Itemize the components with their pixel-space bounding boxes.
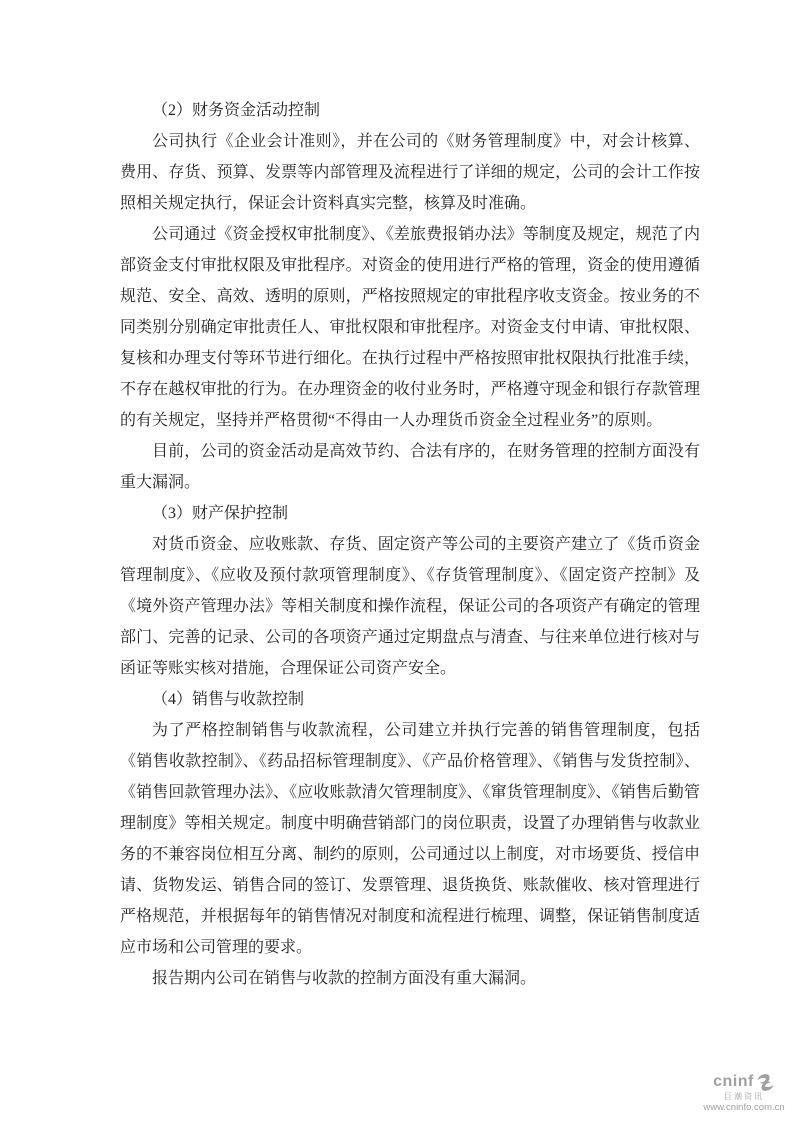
paragraph: 为了严格控制销售与收款流程，公司建立并执行完善的销售管理制度，包括《销售收款控制… bbox=[120, 715, 700, 963]
paragraph: 对货币资金、应收账款、存货、固定资产等公司的主要资产建立了《货币资金管理制度》、… bbox=[120, 529, 700, 684]
paragraph: 公司通过《资金授权审批制度》、《差旅费报销办法》等制度及规定，规范了内部资金支付… bbox=[120, 219, 700, 436]
section-heading: （3）财产保护控制 bbox=[120, 498, 700, 529]
section-heading: （4）销售与收款控制 bbox=[120, 684, 700, 715]
paragraph: 公司执行《企业会计准则》，并在公司的《财务管理制度》中，对会计核算、费用、存货、… bbox=[120, 126, 700, 219]
cninfo-watermark: cninf 巨潮资讯 www.cninfo.com.cn bbox=[699, 1073, 789, 1113]
cninfo-brand-text: cninf bbox=[713, 1074, 754, 1090]
paragraph: 目前，公司的资金活动是高效节约、合法有序的，在财务管理的控制方面没有重大漏洞。 bbox=[120, 436, 700, 498]
cninfo-swirl-icon bbox=[756, 1073, 775, 1092]
document-body: （2）财务资金活动控制公司执行《企业会计准则》，并在公司的《财务管理制度》中，对… bbox=[120, 95, 700, 994]
section-heading: （2）财务资金活动控制 bbox=[120, 95, 700, 126]
paragraph: 报告期内公司在销售与收款的控制方面没有重大漏洞。 bbox=[120, 963, 700, 994]
cninfo-url: www.cninfo.com.cn bbox=[699, 1103, 789, 1113]
document-page: （2）财务资金活动控制公司执行《企业会计准则》，并在公司的《财务管理制度》中，对… bbox=[0, 0, 793, 1122]
cninfo-chinese-name: 巨潮资讯 bbox=[699, 1093, 789, 1101]
